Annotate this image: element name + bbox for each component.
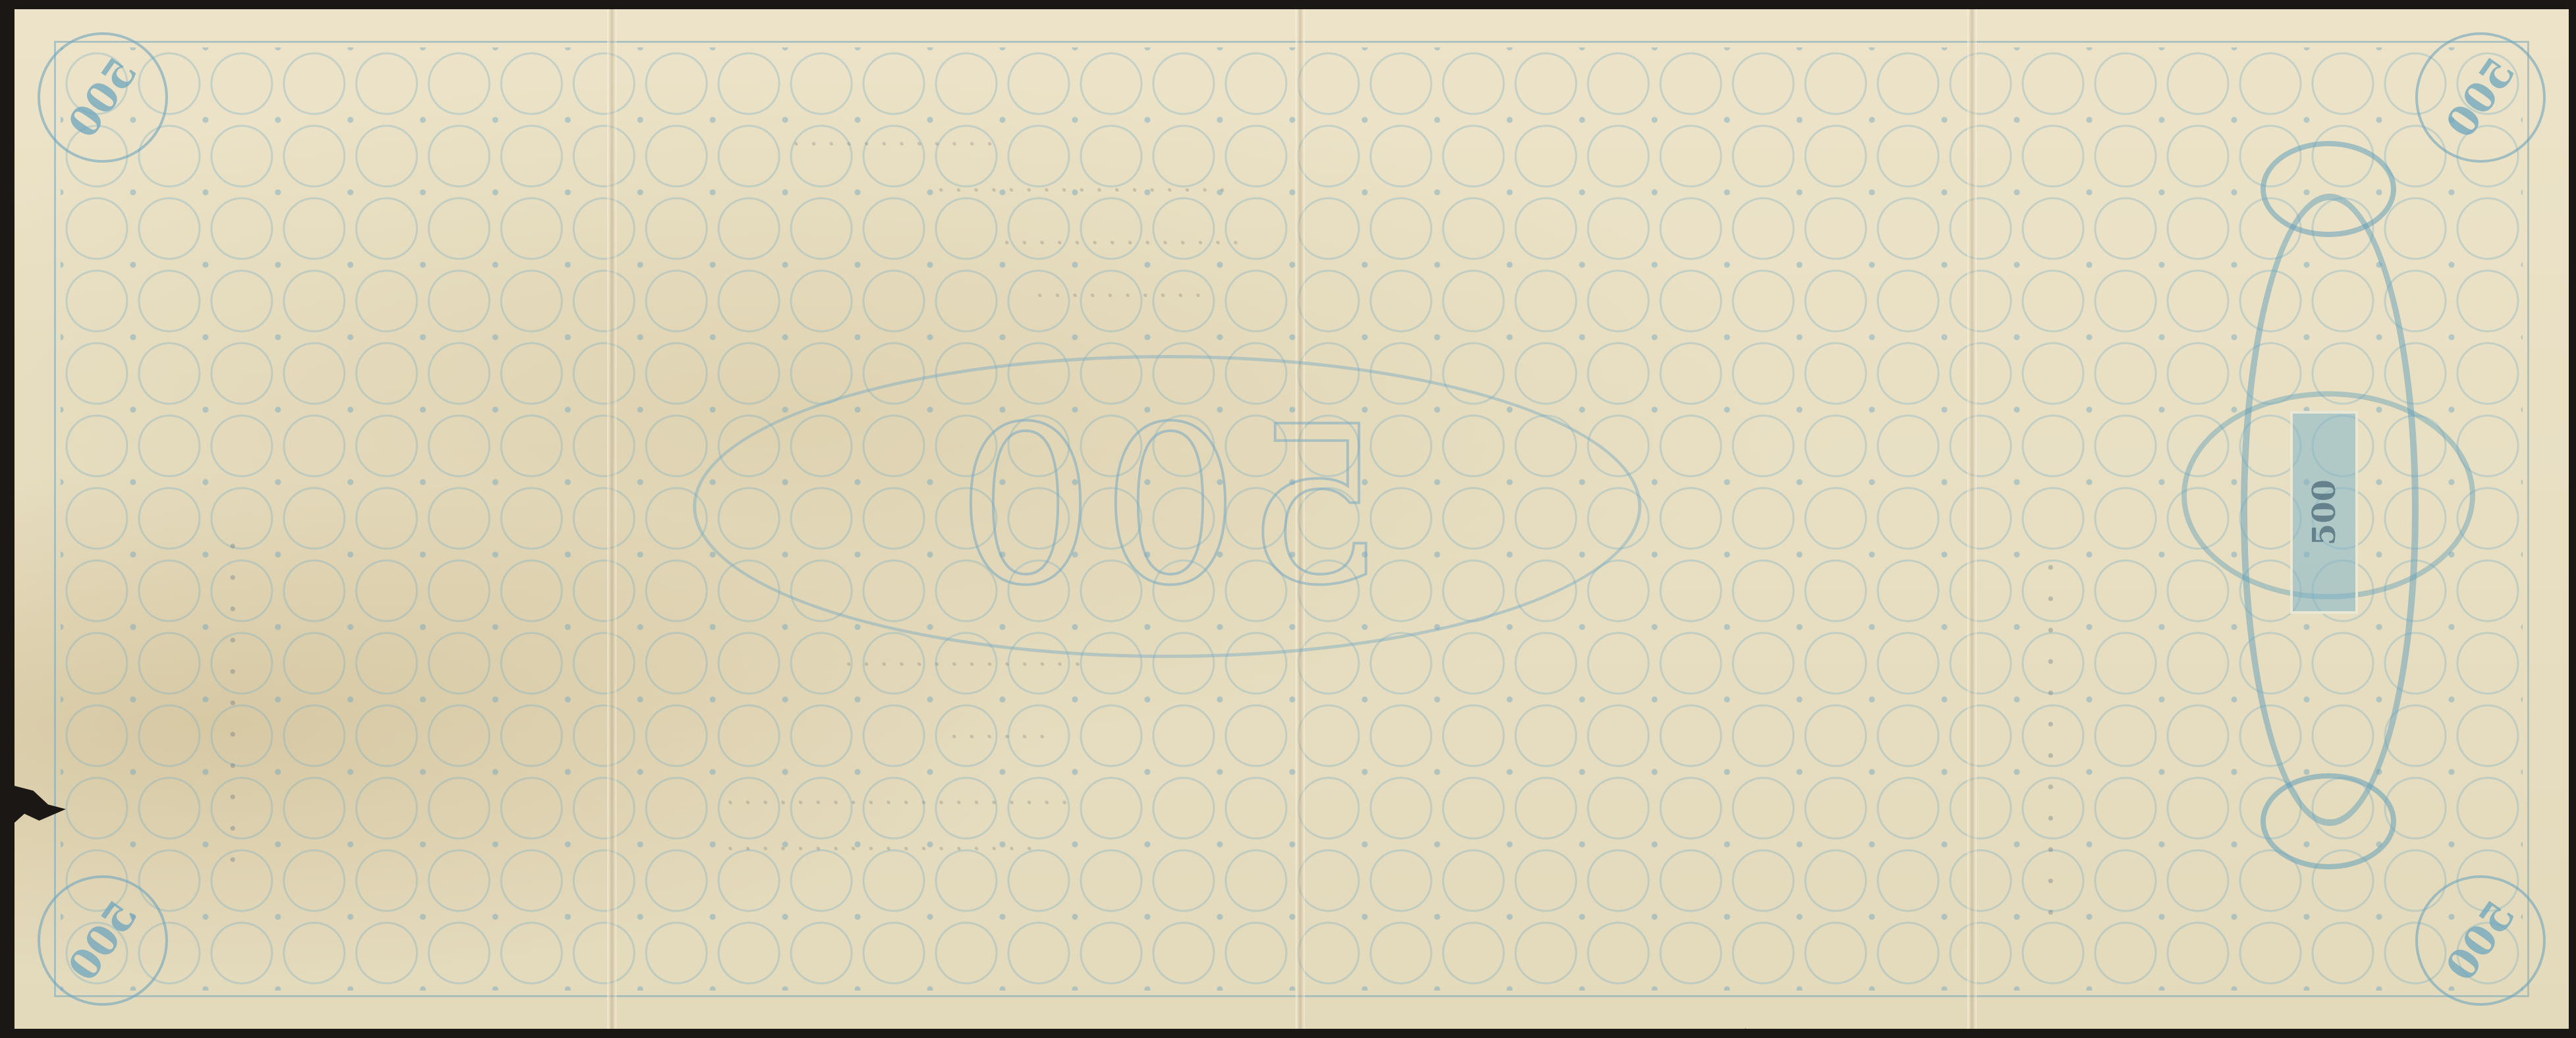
corner-medallion-top-left: 500 (38, 32, 168, 163)
show-through-text-line: · · · · · · · · · · · · (792, 128, 994, 160)
show-through-text-line: · · · · · · · · · · · · · · (844, 648, 1082, 680)
corner-medallion-bottom-right: 500 (2415, 875, 2546, 1006)
corner-medallion-bottom-left: 500 (38, 875, 168, 1006)
emblem-bottom-ring (2261, 773, 2396, 869)
show-through-text-line: · · · · · · · · · · · · · · (1002, 227, 1240, 259)
fold-line (607, 9, 617, 1029)
vertical-show-through-text-right: · · · · · · · · · · · · (2030, 128, 2073, 918)
show-through-text-line: · · · · · · · · · · · · · · · · · · (726, 833, 1033, 865)
show-through-text-line: · · · · · · · · · · (1035, 279, 1203, 312)
show-through-text-line: · · · · · · (950, 721, 1047, 753)
center-denomination-oval: 500 (693, 355, 1641, 658)
vertical-show-through-text-left: · · · · · · · · · · · (212, 141, 255, 865)
show-through-text-line: · · · · · · · · · · · · · · · · · (937, 174, 1227, 206)
center-denomination-numeral: 500 (950, 380, 1384, 633)
right-emblem: 500 (2181, 141, 2465, 865)
banknote-paper: 500 500 500 500 500 · · · · · · · · · · … (14, 9, 2569, 1029)
show-through-text-line: · · · · · · · · · · · · · · · · · · · · (726, 786, 1069, 819)
emblem-denomination-panel: 500 (2290, 411, 2358, 614)
fold-line (1967, 9, 1977, 1029)
